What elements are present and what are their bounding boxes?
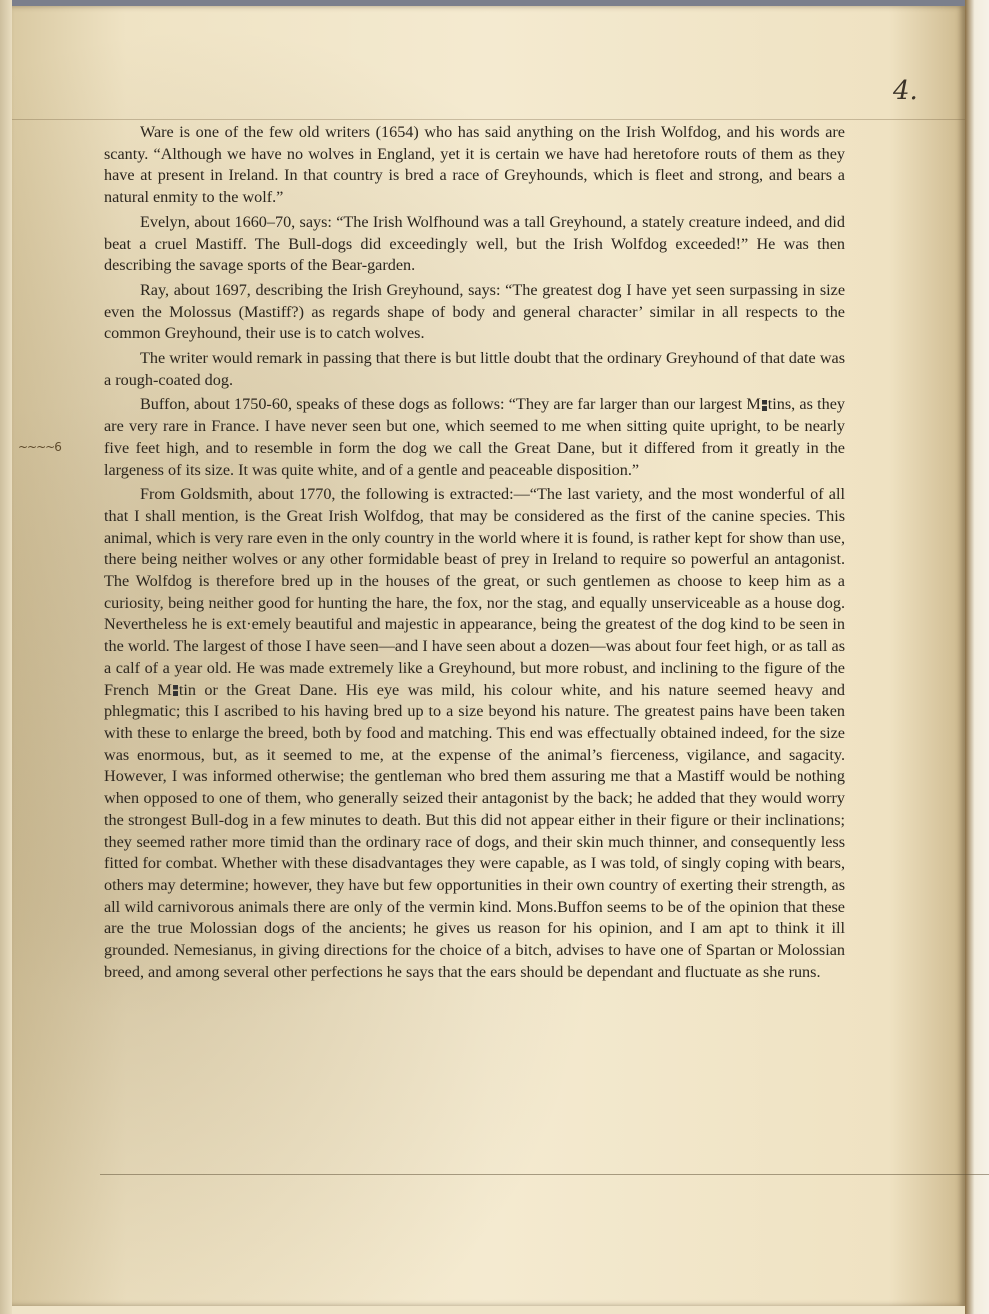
margin-annotation: ~~~~6 xyxy=(18,440,61,454)
handwritten-page-number: 4. xyxy=(893,76,918,106)
document-body: Ware is one of the few old writers (1654… xyxy=(104,122,845,986)
paragraph-writer-remark: The writer would remark in passing that … xyxy=(104,348,845,391)
goldsmith-text-part-1: From Goldsmith, about 1770, the followin… xyxy=(104,485,845,698)
text-block-bottom-edge xyxy=(100,1174,989,1175)
goldsmith-text-part-2: tin or the Great Dane. His eye was mild,… xyxy=(104,681,845,981)
paragraph-ware: Ware is one of the few old writers (1654… xyxy=(104,122,845,209)
paragraph-buffon: Buffon, about 1750-60, speaks of these d… xyxy=(104,394,845,481)
paragraph-goldsmith: From Goldsmith, about 1770, the followin… xyxy=(104,484,845,983)
paragraph-evelyn: Evelyn, about 1660–70, says: “The Irish … xyxy=(104,212,845,277)
paragraph-ray: Ray, about 1697, describing the Irish Gr… xyxy=(104,280,845,345)
missing-glyph-marker xyxy=(762,400,767,411)
page-right-edge xyxy=(965,0,989,1314)
fold-line xyxy=(12,119,965,120)
scanned-page: 4. ~~~~6 Ware is one of the few old writ… xyxy=(0,0,989,1314)
buffon-text-part-1: Buffon, about 1750-60, speaks of these d… xyxy=(140,395,761,413)
missing-glyph-marker xyxy=(173,685,178,696)
binding-edge xyxy=(0,0,12,1314)
